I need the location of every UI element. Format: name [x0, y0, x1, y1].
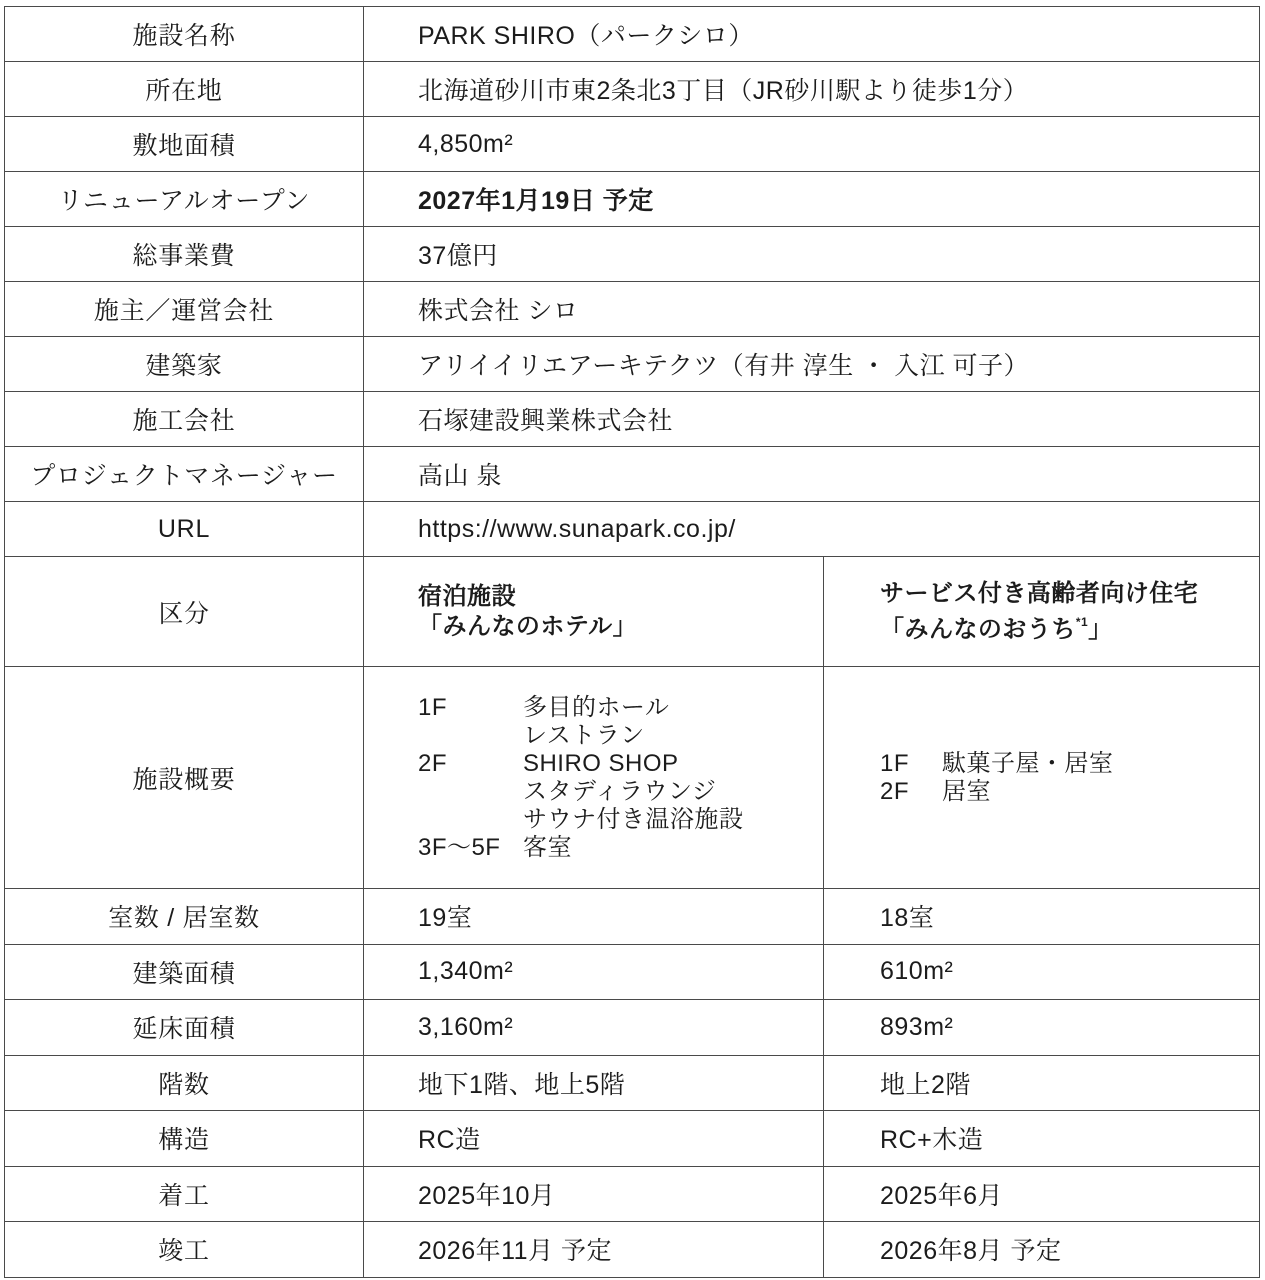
- facility-name-value: PARK SHIRO（パークシロ）: [364, 7, 1260, 62]
- facility-spec-table: 施設名称 PARK SHIRO（パークシロ） 所在地 北海道砂川市東2条北3丁目…: [4, 6, 1260, 1278]
- row-structure: 構造 RC造 RC+木造: [5, 1111, 1260, 1167]
- url-label: URL: [5, 502, 364, 557]
- row-architect: 建築家 アリイイリエアーキテクツ（有井 淳生 ・ 入江 可子）: [5, 337, 1260, 392]
- floor-label: 1F: [880, 750, 942, 778]
- total-cost-value: 37億円: [364, 227, 1260, 282]
- row-total-cost: 総事業費 37億円: [5, 227, 1260, 282]
- row-url: URL https://www.sunapark.co.jp/: [5, 502, 1260, 557]
- row-project-manager: プロジェクトマネージャー 高山 泉: [5, 447, 1260, 502]
- division-senior-cell: サービス付き高齢者向け住宅 「みんなのおうち*1」: [824, 557, 1260, 667]
- floor-area-hotel: 3,160m²: [364, 1000, 824, 1056]
- construction-start-hotel: 2025年10月: [364, 1166, 824, 1222]
- floor-desc: 居室: [942, 778, 991, 806]
- floor-desc: 多目的ホール: [523, 694, 669, 722]
- floor-desc: 駄菓子屋・居室: [942, 750, 1113, 778]
- structure-senior: RC+木造: [824, 1111, 1260, 1167]
- structure-hotel: RC造: [364, 1111, 824, 1167]
- total-cost-label: 総事業費: [5, 227, 364, 282]
- floor-desc: サウナ付き温浴施設: [523, 806, 743, 834]
- row-address: 所在地 北海道砂川市東2条北3丁目（JR砂川駅より徒歩1分）: [5, 62, 1260, 117]
- completion-hotel: 2026年11月 予定: [364, 1222, 824, 1278]
- division-senior-line2-close: 」: [1088, 616, 1112, 643]
- floors-senior: 地上2階: [824, 1055, 1260, 1111]
- construction-start-label: 着工: [5, 1166, 364, 1222]
- floor-desc: レストラン: [523, 722, 645, 750]
- floor-desc: 客室: [523, 834, 572, 862]
- overview-line: レストラン: [418, 722, 822, 750]
- overview-line: 1F 多目的ホール: [418, 694, 822, 722]
- overview-line: 2F 居室: [880, 778, 1258, 806]
- row-renewal-open: リニューアルオープン 2027年1月19日 予定: [5, 172, 1260, 227]
- project-manager-label: プロジェクトマネージャー: [5, 447, 364, 502]
- row-floors: 階数 地下1階、地上5階 地上2階: [5, 1055, 1260, 1111]
- address-value: 北海道砂川市東2条北3丁目（JR砂川駅より徒歩1分）: [364, 62, 1260, 117]
- row-building-area: 建築面積 1,340m² 610m²: [5, 944, 1260, 1000]
- building-area-senior: 610m²: [824, 944, 1260, 1000]
- floors-label: 階数: [5, 1055, 364, 1111]
- floors-hotel: 地下1階、地上5階: [364, 1055, 824, 1111]
- completion-label: 竣工: [5, 1222, 364, 1278]
- site-area-value: 4,850m²: [364, 117, 1260, 172]
- floor-label: 1F: [418, 694, 523, 722]
- overview-line: スタディラウンジ: [418, 778, 822, 806]
- overview-hotel-cell: 1F 多目的ホール レストラン 2F SHIRO SHOP スタディラウンジ サ…: [364, 667, 824, 889]
- row-division: 区分 宿泊施設 「みんなのホテル」 サービス付き高齢者向け住宅 「みんなのおうち…: [5, 557, 1260, 667]
- building-area-label: 建築面積: [5, 944, 364, 1000]
- row-contractor: 施工会社 石塚建設興業株式会社: [5, 392, 1260, 447]
- floor-area-senior: 893m²: [824, 1000, 1260, 1056]
- completion-senior: 2026年8月 予定: [824, 1222, 1260, 1278]
- renewal-open-label: リニューアルオープン: [5, 172, 364, 227]
- row-construction-start: 着工 2025年10月 2025年6月: [5, 1166, 1260, 1222]
- floor-label: 3F〜5F: [418, 834, 523, 862]
- floor-label: [418, 778, 523, 806]
- footnote-marker: *1: [1076, 615, 1088, 629]
- division-hotel-line2: 「みんなのホテル」: [418, 612, 822, 642]
- row-completion: 竣工 2026年11月 予定 2026年8月 予定: [5, 1222, 1260, 1278]
- address-label: 所在地: [5, 62, 364, 117]
- project-manager-value: 高山 泉: [364, 447, 1260, 502]
- room-count-senior: 18室: [824, 889, 1260, 945]
- floor-label: 2F: [418, 750, 523, 778]
- row-floor-area: 延床面積 3,160m² 893m²: [5, 1000, 1260, 1056]
- room-count-hotel: 19室: [364, 889, 824, 945]
- division-label: 区分: [5, 557, 364, 667]
- row-overview: 施設概要 1F 多目的ホール レストラン 2F SHIRO SHOP スタディラ…: [5, 667, 1260, 889]
- floor-label: [418, 722, 523, 750]
- overview-line: 3F〜5F 客室: [418, 834, 822, 862]
- overview-line: 2F SHIRO SHOP: [418, 750, 822, 778]
- structure-label: 構造: [5, 1111, 364, 1167]
- contractor-value: 石塚建設興業株式会社: [364, 392, 1260, 447]
- row-room-count: 室数 / 居室数 19室 18室: [5, 889, 1260, 945]
- division-senior-line2: 「みんなのおうち*1」: [880, 609, 1258, 645]
- url-value: https://www.sunapark.co.jp/: [364, 502, 1260, 557]
- room-count-label: 室数 / 居室数: [5, 889, 364, 945]
- floor-label: 2F: [880, 778, 942, 806]
- site-area-label: 敷地面積: [5, 117, 364, 172]
- owner-operator-label: 施主／運営会社: [5, 282, 364, 337]
- facility-name-label: 施設名称: [5, 7, 364, 62]
- overview-line: サウナ付き温浴施設: [418, 806, 822, 834]
- construction-start-senior: 2025年6月: [824, 1166, 1260, 1222]
- overview-line: 1F 駄菓子屋・居室: [880, 750, 1258, 778]
- floor-area-label: 延床面積: [5, 1000, 364, 1056]
- floor-label: [418, 806, 523, 834]
- overview-senior-cell: 1F 駄菓子屋・居室 2F 居室: [824, 667, 1260, 889]
- row-site-area: 敷地面積 4,850m²: [5, 117, 1260, 172]
- contractor-label: 施工会社: [5, 392, 364, 447]
- architect-label: 建築家: [5, 337, 364, 392]
- row-owner-operator: 施主／運営会社 株式会社 シロ: [5, 282, 1260, 337]
- division-senior-line1: サービス付き高齢者向け住宅: [880, 579, 1258, 609]
- building-area-hotel: 1,340m²: [364, 944, 824, 1000]
- renewal-open-value: 2027年1月19日 予定: [364, 172, 1260, 227]
- architect-value: アリイイリエアーキテクツ（有井 淳生 ・ 入江 可子）: [364, 337, 1260, 392]
- row-facility-name: 施設名称 PARK SHIRO（パークシロ）: [5, 7, 1260, 62]
- owner-operator-value: 株式会社 シロ: [364, 282, 1260, 337]
- floor-desc: SHIRO SHOP: [523, 750, 679, 778]
- division-hotel-cell: 宿泊施設 「みんなのホテル」: [364, 557, 824, 667]
- division-senior-line2-text: 「みんなのおうち: [880, 616, 1076, 643]
- overview-label: 施設概要: [5, 667, 364, 889]
- division-hotel-line1: 宿泊施設: [418, 582, 822, 612]
- floor-desc: スタディラウンジ: [523, 778, 716, 806]
